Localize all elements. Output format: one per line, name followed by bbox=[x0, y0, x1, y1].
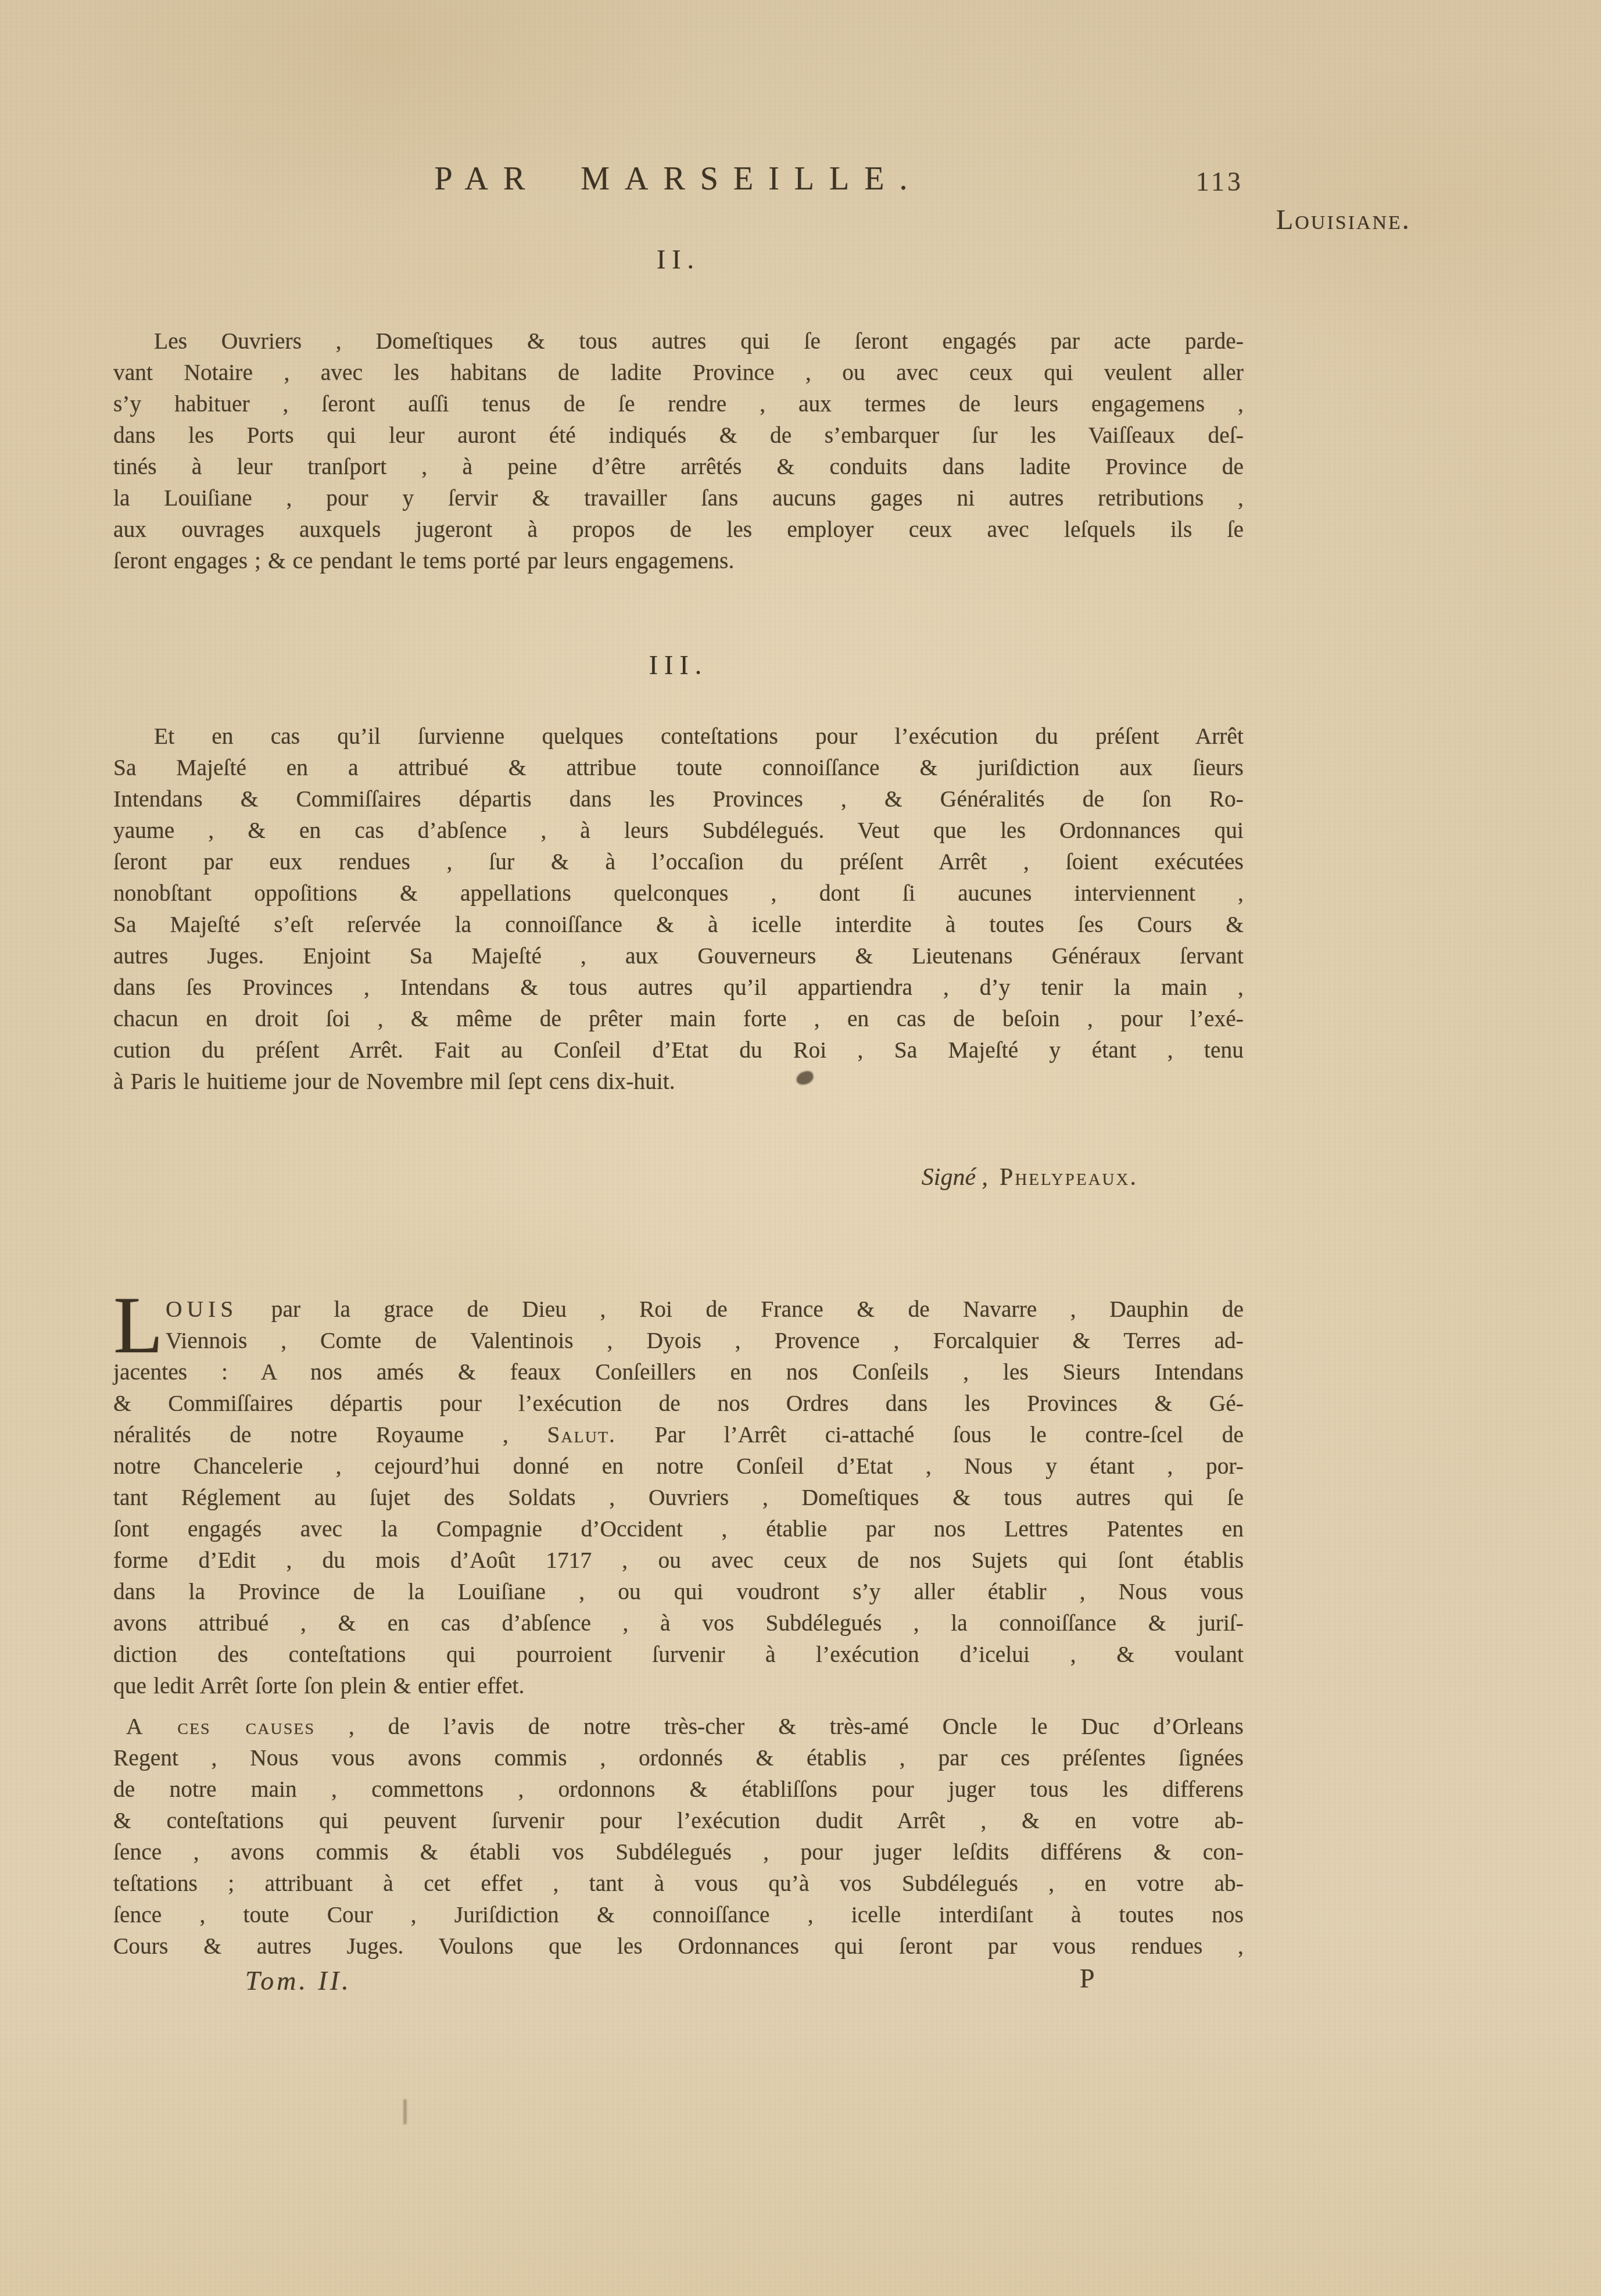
text-line: dans ſes Provinces , Intendans & tous au… bbox=[113, 972, 1244, 1003]
text-segment: dans la Province de la Louiſiane , ou qu… bbox=[113, 1579, 1244, 1604]
paragraph: LOUIS par la grace de Dieu , Roi de Fran… bbox=[113, 1294, 1244, 1702]
text-line: de notre main , commettons , ordonnons &… bbox=[113, 1774, 1244, 1805]
volume-label: Tom. II. bbox=[245, 1965, 352, 1997]
text-line: Intendans & Commiſſaires départis dans l… bbox=[113, 783, 1244, 815]
text-segment: jacentes : A nos amés & feaux Conſeiller… bbox=[113, 1359, 1244, 1385]
text-segment: à Paris le huitieme jour de Novembre mil… bbox=[113, 1069, 675, 1094]
text-segment: notre Chancelerie , cejourd’hui donné en… bbox=[113, 1453, 1244, 1479]
text-line: Les Ouvriers , Domeſtiques & tous autres… bbox=[113, 325, 1244, 357]
text-line: ſence , toute Cour , Juriſdiction & conn… bbox=[113, 1899, 1244, 1930]
text-line: tant Réglement au ſujet des Soldats , Ou… bbox=[113, 1482, 1244, 1513]
section-heading: III. bbox=[113, 650, 1244, 681]
text-line: cution du préſent Arrêt. Fait au Conſeil… bbox=[113, 1034, 1244, 1066]
text-line: teſtations ; attribuant à cet effet , ta… bbox=[113, 1868, 1244, 1899]
text-segment: la Louiſiane , pour y ſervir & travaille… bbox=[113, 485, 1244, 511]
text-segment: tinés à leur tranſport , à peine d’être … bbox=[113, 454, 1244, 479]
signature-mark: P bbox=[1080, 1963, 1095, 1994]
text-segment: que ledit Arrêt ſorte ſon plein & entier… bbox=[113, 1673, 524, 1699]
text-line: nonobſtant oppoſitions & appellations qu… bbox=[113, 877, 1244, 909]
signature-prefix: Signé , bbox=[922, 1164, 988, 1191]
text-line: Regent , Nous vous avons commis , ordonn… bbox=[113, 1742, 1244, 1774]
text-segment: ſeront par eux rendues , ſur & à l’occaſ… bbox=[113, 849, 1244, 875]
text-line: ſont engagés avec la Compagnie d’Occiden… bbox=[113, 1513, 1244, 1545]
text-line: & Commiſſaires départis pour l’exécution… bbox=[113, 1388, 1244, 1419]
text-segment: OUIS bbox=[166, 1296, 238, 1322]
text-segment: cution du préſent Arrêt. Fait au Conſeil… bbox=[113, 1037, 1244, 1063]
text-line: Viennois , Comte de Valentinois , Dyois … bbox=[113, 1325, 1244, 1356]
paragraph: A ces causes , de l’avis de notre très-c… bbox=[113, 1711, 1244, 1962]
text-line: diction des conteſtations qui pourroient… bbox=[113, 1639, 1244, 1670]
text-segment: Viennois , Comte de Valentinois , Dyois … bbox=[166, 1328, 1244, 1353]
text-line: ſence , avons commis & établi vos Subdél… bbox=[113, 1836, 1244, 1868]
signature-line: Signé ,Phelypeaux. bbox=[113, 1162, 1138, 1193]
text-line: avons attribué , & en cas d’abſence , à … bbox=[113, 1607, 1244, 1639]
text-segment: dans les Ports qui leur auront été indiq… bbox=[113, 422, 1244, 448]
text-segment: forme d’Edit , du mois d’Août 1717 , ou … bbox=[113, 1548, 1244, 1573]
text-line: ſeront engages ; & ce pendant le tems po… bbox=[113, 545, 1244, 576]
text-line: vant Notaire , avec les habitans de ladi… bbox=[113, 357, 1244, 388]
text-segment: nonobſtant oppoſitions & appellations qu… bbox=[113, 880, 1244, 906]
running-header-title: PAR MARSEILLE. bbox=[113, 163, 1244, 195]
text-segment: Sa Majeſté s’eſt reſervée la connoiſſanc… bbox=[113, 912, 1244, 937]
text-segment: néralités de notre Royaume , bbox=[113, 1422, 547, 1448]
text-segment: , de l’avis de notre très-cher & très-am… bbox=[315, 1714, 1244, 1739]
text-segment: diction des conteſtations qui pourroient… bbox=[113, 1642, 1244, 1667]
text-segment: Par l’Arrêt ci-attaché ſous le contre-ſc… bbox=[616, 1422, 1244, 1448]
text-segment: autres Juges. Enjoint Sa Majeſté , aux G… bbox=[113, 943, 1244, 969]
text-line: la Louiſiane , pour y ſervir & travaille… bbox=[113, 482, 1244, 514]
text-line: autres Juges. Enjoint Sa Majeſté , aux G… bbox=[113, 940, 1244, 972]
text-segment: aux ouvrages auxquels jugeront à propos … bbox=[113, 517, 1244, 542]
text-line: A ces causes , de l’avis de notre très-c… bbox=[113, 1711, 1244, 1742]
text-segment: & conteſtations qui peuvent ſurvenir pou… bbox=[113, 1808, 1244, 1833]
text-line: dans les Ports qui leur auront été indiq… bbox=[113, 420, 1244, 451]
paragraph: Et en cas qu’il ſurvienne quelques conte… bbox=[113, 721, 1244, 1097]
text-segment: ſence , avons commis & établi vos Subdél… bbox=[113, 1839, 1244, 1865]
text-line: chacun en droit ſoi , & même de prêter m… bbox=[113, 1003, 1244, 1034]
text-line: tinés à leur tranſport , à peine d’être … bbox=[113, 451, 1244, 482]
text-line: Sa Majeſté en a attribué & attribue tout… bbox=[113, 752, 1244, 783]
paper-mark bbox=[403, 2099, 407, 2125]
text-line: à Paris le huitieme jour de Novembre mil… bbox=[113, 1066, 1244, 1097]
text-segment: Sa Majeſté en a attribué & attribue tout… bbox=[113, 755, 1244, 780]
page-number: 113 bbox=[1136, 167, 1244, 196]
text-segment: A ces causes bbox=[126, 1714, 315, 1739]
margin-note: Louisiane. bbox=[1276, 205, 1411, 236]
text-segment: & Commiſſaires départis pour l’exécution… bbox=[113, 1391, 1244, 1416]
text-line: forme d’Edit , du mois d’Août 1717 , ou … bbox=[113, 1545, 1244, 1576]
text-segment: dans ſes Provinces , Intendans & tous au… bbox=[113, 975, 1244, 1000]
text-segment: s’y habituer , ſeront auſſi tenus de ſe … bbox=[113, 391, 1244, 417]
text-line: aux ouvrages auxquels jugeront à propos … bbox=[113, 514, 1244, 545]
text-line: & conteſtations qui peuvent ſurvenir pou… bbox=[113, 1805, 1244, 1836]
dropcap-initial: L bbox=[113, 1296, 160, 1355]
text-segment: Salut. bbox=[547, 1422, 616, 1448]
text-line: notre Chancelerie , cejourd’hui donné en… bbox=[113, 1450, 1244, 1482]
text-line: jacentes : A nos amés & feaux Conſeiller… bbox=[113, 1356, 1244, 1388]
text-line: OUIS par la grace de Dieu , Roi de Franc… bbox=[113, 1294, 1244, 1325]
text-line: Sa Majeſté s’eſt reſervée la connoiſſanc… bbox=[113, 909, 1244, 940]
text-segment: ſence , toute Cour , Juriſdiction & conn… bbox=[113, 1902, 1244, 1928]
signature-name: Phelypeaux. bbox=[1000, 1164, 1138, 1191]
paragraph: Les Ouvriers , Domeſtiques & tous autres… bbox=[113, 325, 1244, 576]
text-segment: Regent , Nous vous avons commis , ordonn… bbox=[113, 1745, 1244, 1771]
text-line: yaume , & en cas d’abſence , à leurs Sub… bbox=[113, 815, 1244, 846]
text-segment: par la grace de Dieu , Roi de France & d… bbox=[238, 1296, 1244, 1322]
text-segment: de notre main , commettons , ordonnons &… bbox=[113, 1776, 1244, 1802]
text-segment: teſtations ; attribuant à cet effet , ta… bbox=[113, 1871, 1244, 1896]
text-segment: vant Notaire , avec les habitans de ladi… bbox=[113, 360, 1244, 385]
text-segment: Intendans & Commiſſaires départis dans l… bbox=[113, 786, 1244, 812]
section-heading: II. bbox=[113, 244, 1244, 275]
text-line: dans la Province de la Louiſiane , ou qu… bbox=[113, 1576, 1244, 1607]
text-segment: ſeront engages ; & ce pendant le tems po… bbox=[113, 548, 734, 574]
text-line: néralités de notre Royaume , Salut. Par … bbox=[113, 1419, 1244, 1450]
text-line: s’y habituer , ſeront auſſi tenus de ſe … bbox=[113, 388, 1244, 420]
text-segment: tant Réglement au ſujet des Soldats , Ou… bbox=[113, 1485, 1244, 1510]
text-line: Et en cas qu’il ſurvienne quelques conte… bbox=[113, 721, 1244, 752]
text-segment: Cours & autres Juges. Voulons que les Or… bbox=[113, 1933, 1244, 1959]
text-segment: Les Ouvriers , Domeſtiques & tous autres… bbox=[154, 328, 1244, 354]
text-segment: Et en cas qu’il ſurvienne quelques conte… bbox=[154, 723, 1244, 749]
text-segment: chacun en droit ſoi , & même de prêter m… bbox=[113, 1006, 1244, 1031]
text-line: Cours & autres Juges. Voulons que les Or… bbox=[113, 1930, 1244, 1962]
text-segment: avons attribué , & en cas d’abſence , à … bbox=[113, 1610, 1244, 1636]
text-segment: ſont engagés avec la Compagnie d’Occiden… bbox=[113, 1516, 1244, 1542]
text-line: que ledit Arrêt ſorte ſon plein & entier… bbox=[113, 1670, 1244, 1702]
text-segment: yaume , & en cas d’abſence , à leurs Sub… bbox=[113, 818, 1244, 843]
text-line: ſeront par eux rendues , ſur & à l’occaſ… bbox=[113, 846, 1244, 877]
